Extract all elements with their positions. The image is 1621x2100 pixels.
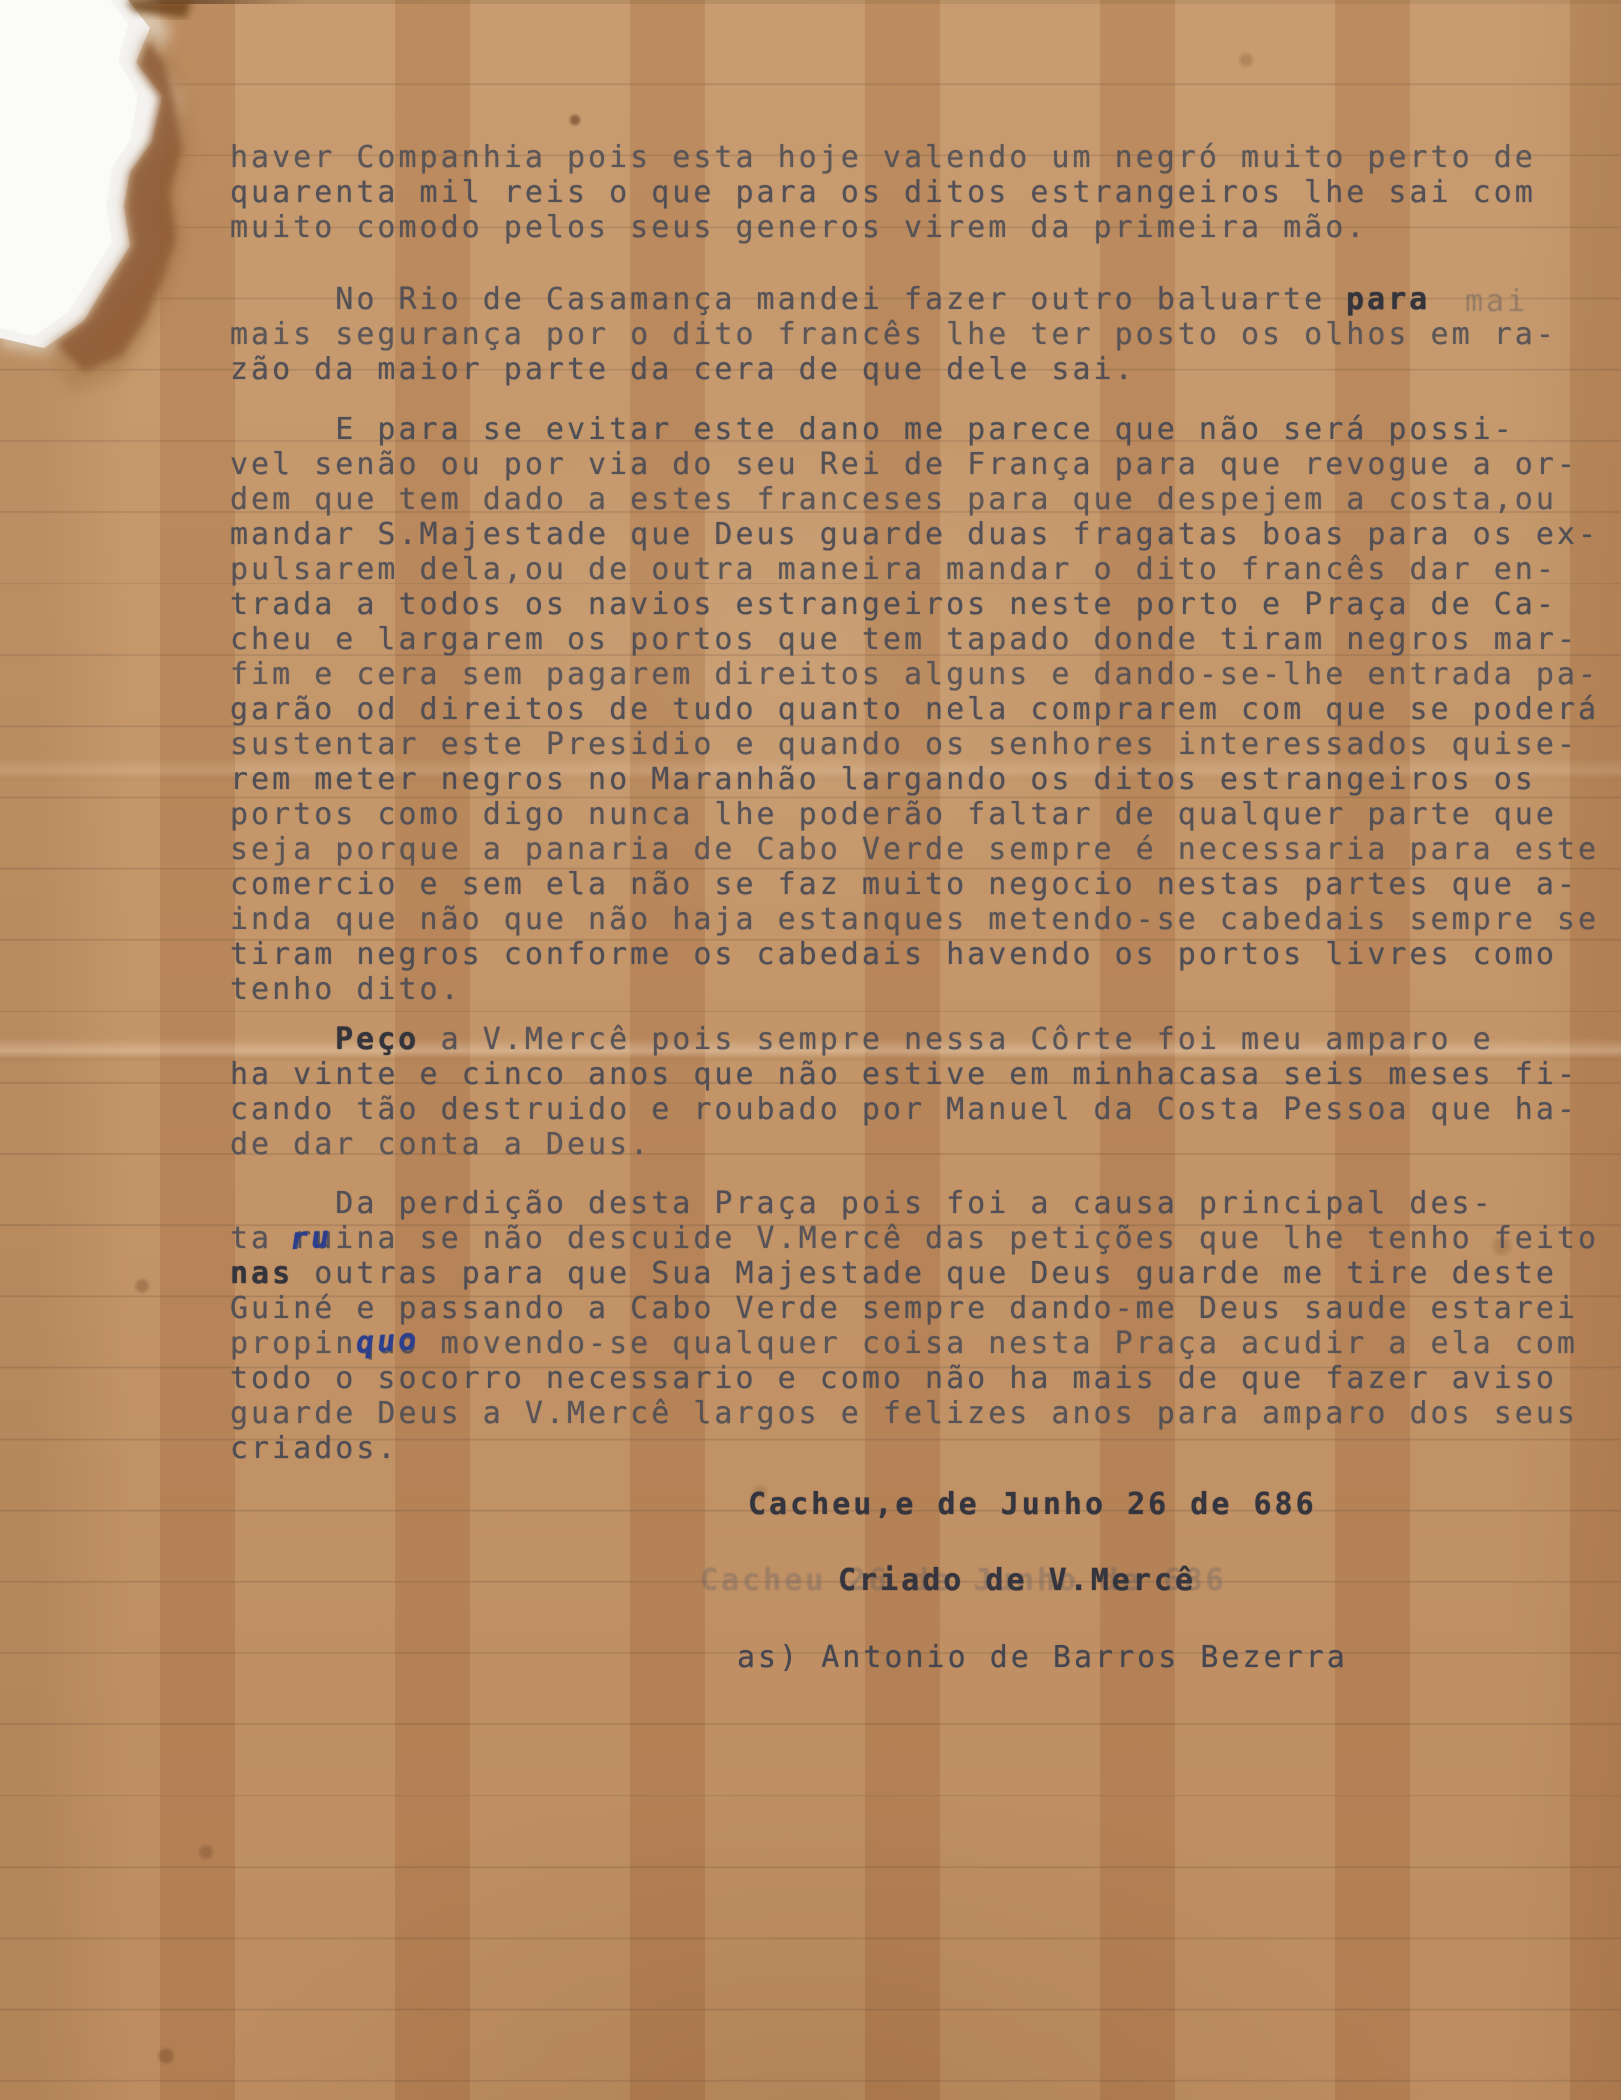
letter-line: ha vinte e cinco anos que não estive em … bbox=[230, 1057, 1578, 1092]
letter-line: guarde Deus a V.Mercê largos e felizes a… bbox=[230, 1396, 1599, 1431]
letter-line: zão da maior parte da cera de que dele s… bbox=[230, 352, 1557, 387]
letter-line: muito comodo pelos seus generos virem da… bbox=[230, 210, 1536, 245]
letter-line: propinquo movendo-se qualquer coisa nest… bbox=[230, 1326, 1599, 1361]
letter-paragraph: Da perdição desta Praça pois foi a causa… bbox=[230, 1186, 1599, 1466]
handwritten-ink-mark: quo bbox=[355, 1322, 420, 1360]
letter-line: cando tão destruido e roubado por Manuel… bbox=[230, 1092, 1578, 1127]
letter-line: dem que tem dado a estes franceses para … bbox=[230, 482, 1599, 517]
dateline: Cacheu,e de Junho 26 de 686 bbox=[748, 1487, 1317, 1522]
letter-line: cheu e largarem os portos que tem tapado… bbox=[230, 622, 1599, 657]
letter-line: seja porque a panaria de Cabo Verde semp… bbox=[230, 832, 1599, 867]
letter-line: pulsarem dela,ou de outra maneira mandar… bbox=[230, 552, 1599, 587]
letter-line: todo o socorro necessario e como não ha … bbox=[230, 1361, 1599, 1396]
letter-line: E para se evitar este dano me parece que… bbox=[230, 412, 1599, 447]
letter-line: mandar S.Majestade que Deus guarde duas … bbox=[230, 517, 1599, 552]
letter-paragraph: E para se evitar este dano me parece que… bbox=[230, 412, 1599, 1007]
letter-line: garão od direitos de tudo quanto nela co… bbox=[230, 692, 1599, 727]
letter-paragraph: Peço a V.Mercê pois sempre nessa Côrte f… bbox=[230, 1022, 1578, 1162]
letter-line: tiram negros conforme os cabedais havend… bbox=[230, 937, 1599, 972]
letter-line: Guiné e passando a Cabo Verde sempre dan… bbox=[230, 1291, 1599, 1326]
overstrike-mark: mai bbox=[1465, 284, 1528, 319]
letter-line: portos como digo nunca lhe poderão falta… bbox=[230, 797, 1599, 832]
letter-line: fim e cera sem pagarem direitos alguns e… bbox=[230, 657, 1599, 692]
letter-line: Peço a V.Mercê pois sempre nessa Côrte f… bbox=[230, 1022, 1578, 1057]
handwritten-ink-mark: ru bbox=[289, 1220, 333, 1257]
letter-line: de dar conta a Deus. bbox=[230, 1127, 1578, 1162]
letter-line: nas outras para que Sua Majestade que De… bbox=[230, 1256, 1599, 1291]
letter-line: haver Companhia pois esta hoje valendo u… bbox=[230, 140, 1536, 175]
signature-line: as) Antonio de Barros Bezerra bbox=[737, 1640, 1348, 1675]
overstrike-mark: Peço bbox=[335, 1022, 419, 1057]
letter-line: ta ruina se não descuide V.Mercê das pet… bbox=[230, 1221, 1599, 1256]
letter-line: trada a todos os navios estrangeiros nes… bbox=[230, 587, 1599, 622]
letter-line: sustentar este Presidio e quando os senh… bbox=[230, 727, 1599, 762]
letter-line: mais segurança por o dito francês lhe te… bbox=[230, 317, 1557, 352]
letter-line: inda que não que não haja estanques mete… bbox=[230, 902, 1599, 937]
letter-line: rem meter negros no Maranhão largando os… bbox=[230, 762, 1599, 797]
letter-paragraph: haver Companhia pois esta hoje valendo u… bbox=[230, 140, 1536, 245]
letter-line: tenho dito. bbox=[230, 972, 1599, 1007]
salutation: Criado de V.Mercê bbox=[838, 1563, 1196, 1598]
letter-line: vel senão ou por via do seu Rei de Franç… bbox=[230, 447, 1599, 482]
scanned-letter-page: haver Companhia pois esta hoje valendo u… bbox=[0, 0, 1621, 2100]
letter-line: criados. bbox=[230, 1431, 1599, 1466]
letter-line: Da perdição desta Praça pois foi a causa… bbox=[230, 1186, 1599, 1221]
overstrike-mark: nas bbox=[230, 1256, 293, 1291]
letter-line: comercio e sem ela não se faz muito nego… bbox=[230, 867, 1599, 902]
letter-line: quarenta mil reis o que para os ditos es… bbox=[230, 175, 1536, 210]
overstrike-mark: para bbox=[1346, 282, 1430, 317]
